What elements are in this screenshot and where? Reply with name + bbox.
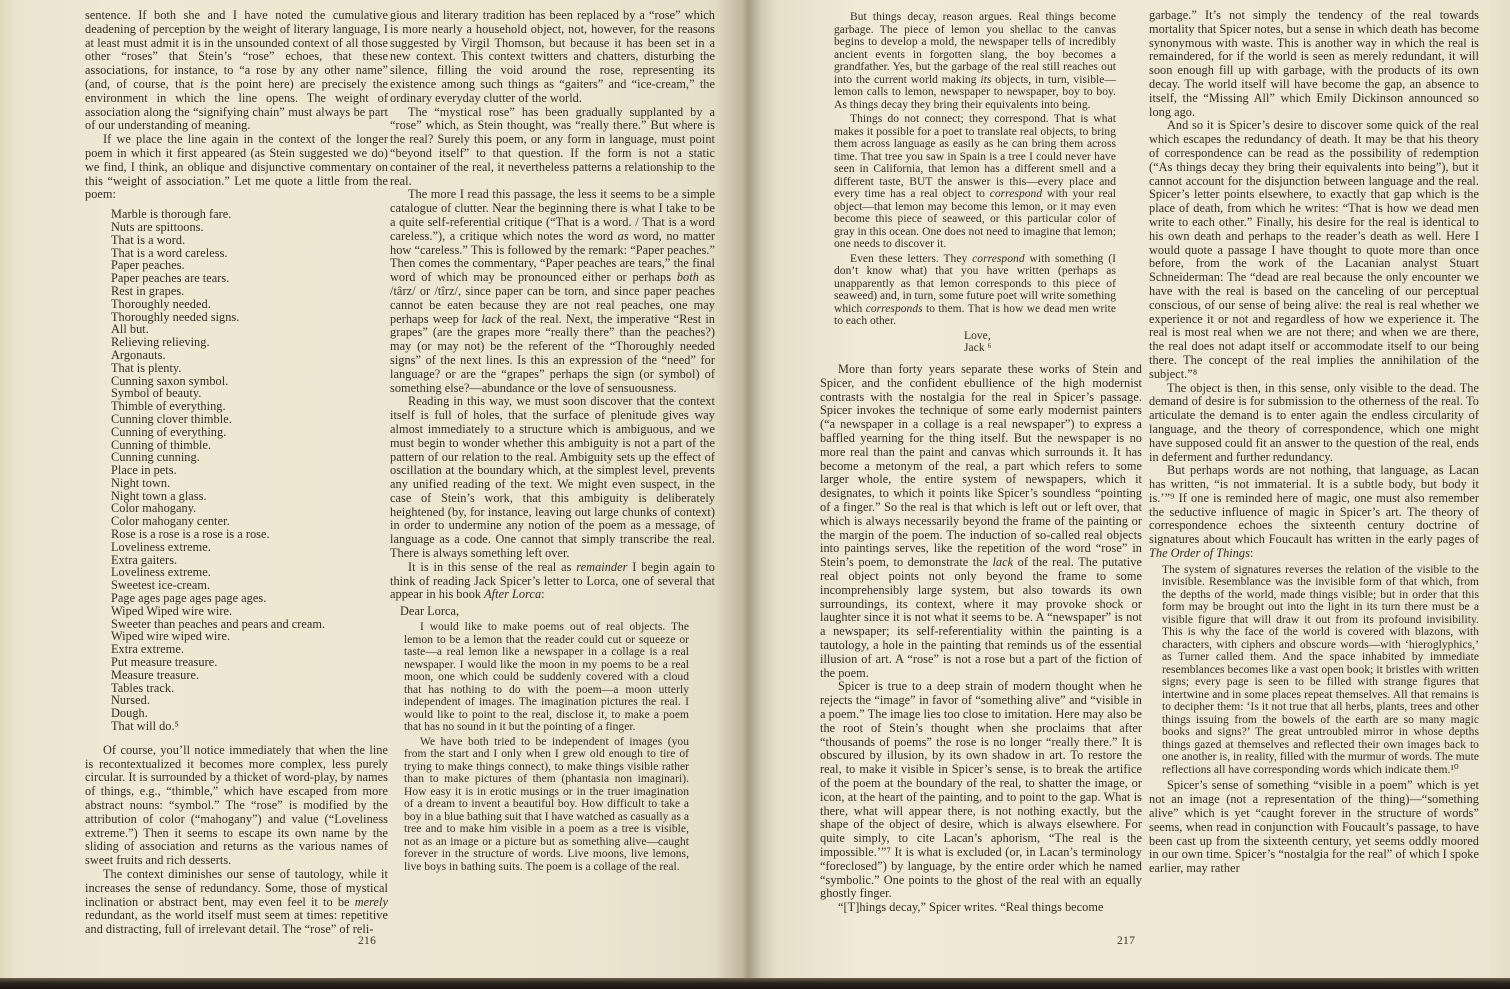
column-4: garbage.” It’s not simply the tendency o… <box>1149 9 1479 876</box>
paragraph: The more I read this passage, the less i… <box>390 188 715 395</box>
paragraph: The “mystical rose” has been gradually s… <box>390 106 715 189</box>
paragraph: garbage.” It’s not simply the tendency o… <box>1149 9 1479 119</box>
letter-salutation: Dear Lorca, <box>400 605 715 619</box>
letter-signoff-jack: Jack ⁶ <box>964 342 992 354</box>
paragraph: Spicer’s sense of something “visible in … <box>1149 779 1479 876</box>
letter-paragraph: I would like to make poems out of real o… <box>404 621 689 734</box>
page-number-left: 216 <box>358 935 376 947</box>
paragraph: It is in this sense of the real as remai… <box>390 561 715 602</box>
paragraph: sentence. If both she and I have noted t… <box>85 9 388 133</box>
paragraph: “[T]hings decay,” Spicer writes. “Real t… <box>820 901 1142 915</box>
paragraph: But perhaps words are not nothing, that … <box>1149 464 1479 561</box>
book-scan-photo: { "left_page": { "folio": "216", "col1":… <box>0 0 1510 989</box>
letter-signoff-love: Love, <box>964 330 991 342</box>
paragraph: Spicer is true to a deep strain of moder… <box>820 680 1142 901</box>
paragraph: gious and literary tradition has been re… <box>390 9 715 106</box>
letter-signoff: Love, Jack ⁶ <box>964 330 1116 356</box>
letter-paragraph: But things decay, reason argues. Real th… <box>834 11 1116 111</box>
paragraph: Reading in this way, we must soon discov… <box>390 395 715 561</box>
book-bottom-edge <box>0 978 1510 989</box>
paragraph: And so it is Spicer’s desire to discover… <box>1149 119 1479 381</box>
column-2: gious and literary tradition has been re… <box>390 9 715 873</box>
page-number-right: 217 <box>1117 935 1135 947</box>
poem-quote: Marble is thorough fare. Nuts are spitto… <box>111 208 388 733</box>
paragraph: The object is then, in this sense, only … <box>1149 382 1479 465</box>
paragraph: The context diminishes our sense of taut… <box>85 868 388 937</box>
letter-paragraph: Even these letters. They correspond with… <box>834 253 1116 328</box>
page-right: But things decay, reason argues. Real th… <box>747 0 1510 979</box>
letter-paragraph: We have both tried to be independent of … <box>404 736 689 874</box>
book-spread: sentence. If both she and I have noted t… <box>0 0 1510 979</box>
page-left: sentence. If both she and I have noted t… <box>0 0 747 979</box>
paragraph: If we place the line again in the contex… <box>85 133 388 202</box>
paragraph: Of course, you’ll notice immediately tha… <box>85 744 388 868</box>
block-quote: The system of signatures reverses the re… <box>1162 564 1479 777</box>
letter-paragraph: Things do not connect; they correspond. … <box>834 113 1116 251</box>
column-3: But things decay, reason argues. Real th… <box>820 9 1142 915</box>
paragraph: More than forty years separate these wor… <box>820 363 1142 680</box>
column-1: sentence. If both she and I have noted t… <box>85 9 388 937</box>
